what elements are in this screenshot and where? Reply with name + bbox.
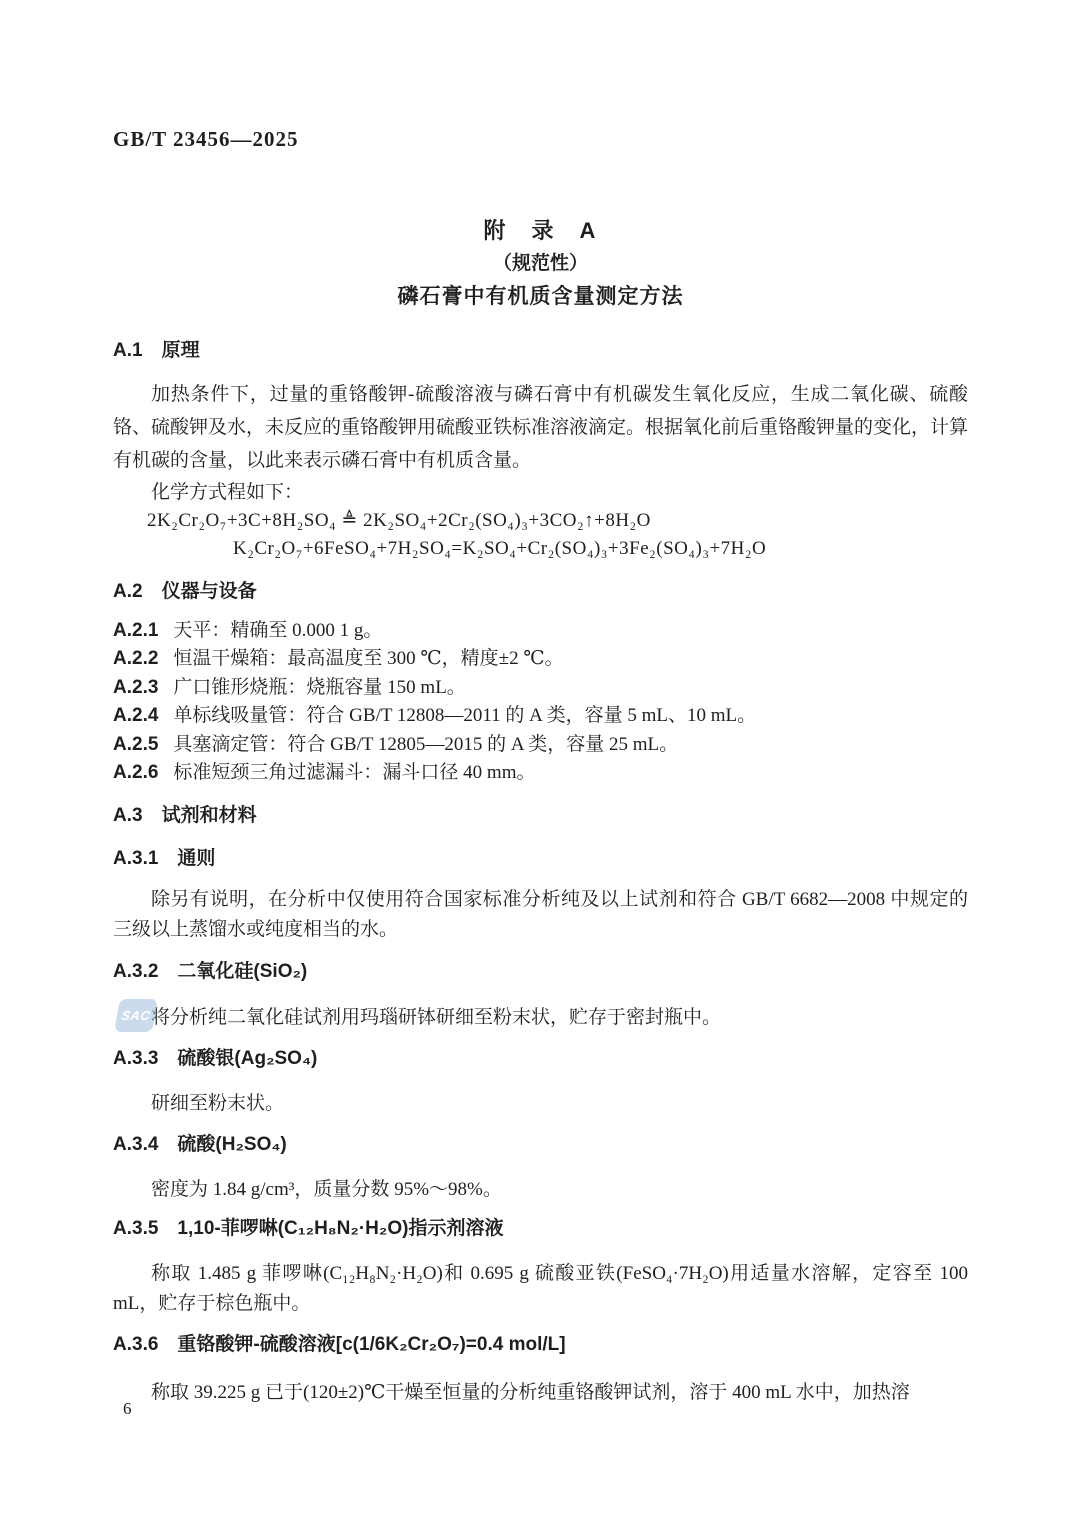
clause-item-a26: A.2.6 标准短颈三角过滤漏斗：漏斗口径 40 mm。 xyxy=(113,759,968,787)
clause-text: 天平：精确至 0.000 1 g。 xyxy=(173,617,382,645)
clause-number: A.2.2 xyxy=(113,645,158,673)
document-page: GB/T 23456—2025 SAC 附 录 A （规范性） 磷石膏中有机质含… xyxy=(0,0,1080,1527)
heading-a35: A.3.5 1,10-菲啰啉(C₁₂H₈N₂·H₂O)指示剂溶液 xyxy=(113,1216,968,1242)
clause-text: 广口锥形烧瓶：烧瓶容量 150 mL。 xyxy=(173,674,465,702)
clause-item-a25: A.2.5 具塞滴定管：符合 GB/T 12805—2015 的 A 类，容量 … xyxy=(113,731,968,759)
clause-item-a24: A.2.4 单标线吸量管：符合 GB/T 12808—2011 的 A 类，容量… xyxy=(113,702,968,730)
clause-number: A.2.3 xyxy=(113,674,158,702)
document-content: 附 录 A （规范性） 磷石膏中有机质含量测定方法 A.1 原理 加热条件下，过… xyxy=(113,0,968,1408)
heading-a3: A.3 试剂和材料 xyxy=(113,803,968,829)
chemical-equation-2: K₂Cr₂O₇+6FeSO₄+7H₂SO₄=K₂SO₄+Cr₂(SO₄)₃+3F… xyxy=(233,535,968,563)
heading-a2: A.2 仪器与设备 xyxy=(113,579,968,605)
clause-number: A.2.1 xyxy=(113,617,158,645)
appendix-title: 磷石膏中有机质含量测定方法 xyxy=(113,282,968,312)
heading-a33: A.3.3 硫酸银(Ag₂SO₄) xyxy=(113,1046,968,1072)
paragraph-a36: 称取 39.225 g 已于(120±2)℃干燥至恒量的分析纯重铬酸钾试剂，溶于… xyxy=(113,1378,968,1408)
heading-a32: A.3.2 二氧化硅(SiO₂) xyxy=(113,959,968,985)
clause-item-a23: A.2.3 广口锥形烧瓶：烧瓶容量 150 mL。 xyxy=(113,674,968,702)
normative-label: （规范性） xyxy=(113,249,968,279)
sac-watermark-logo: SAC xyxy=(114,999,158,1032)
heading-a34: A.3.4 硫酸(H₂SO₄) xyxy=(113,1132,968,1158)
chemical-equation-1: 2K₂Cr₂O₇+3C+8H₂SO₄ ≜ 2K₂SO₄+2Cr₂(SO₄)₃+3… xyxy=(147,507,968,535)
heading-a1: A.1 原理 xyxy=(113,338,968,364)
appendix-label: 附 录 A xyxy=(113,216,968,246)
paragraph-a1: 加热条件下，过量的重铬酸钾-硫酸溶液与磷石膏中有机碳发生氧化反应，生成二氧化碳、… xyxy=(113,378,968,477)
paragraph-a31: 除另有说明，在分析中仅使用符合国家标准分析纯及以上试剂和符合 GB/T 6682… xyxy=(113,885,968,945)
clause-number: A.2.6 xyxy=(113,759,158,787)
clause-text: 恒温干燥箱：最高温度至 300 ℃，精度±2 ℃。 xyxy=(173,645,563,673)
heading-a31: A.3.1 通则 xyxy=(113,846,968,872)
appendix-title-block: 附 录 A （规范性） 磷石膏中有机质含量测定方法 xyxy=(113,216,968,312)
equation-intro: 化学方式程如下： xyxy=(113,479,968,507)
sac-watermark-text: SAC xyxy=(120,1008,152,1023)
paragraph-a34: 密度为 1.84 g/cm³，质量分数 95%～98%。 xyxy=(113,1175,968,1205)
clause-item-a21: A.2.1 天平：精确至 0.000 1 g。 xyxy=(113,617,968,645)
clause-text: 单标线吸量管：符合 GB/T 12808—2011 的 A 类，容量 5 mL、… xyxy=(173,702,756,730)
apparatus-list: A.2.1 天平：精确至 0.000 1 g。 A.2.2 恒温干燥箱：最高温度… xyxy=(113,617,968,787)
heading-a36: A.3.6 重铬酸钾-硫酸溶液[c(1/6K₂Cr₂O₇)=0.4 mol/L] xyxy=(113,1332,968,1358)
clause-number: A.2.4 xyxy=(113,702,158,730)
clause-text: 具塞滴定管：符合 GB/T 12805—2015 的 A 类，容量 25 mL。 xyxy=(173,731,678,759)
page-number: 6 xyxy=(123,1399,132,1419)
paragraph-a35: 称取 1.485 g 菲啰啉(C₁₂H₈N₂·H₂O)和 0.695 g 硫酸亚… xyxy=(113,1259,968,1319)
clause-item-a22: A.2.2 恒温干燥箱：最高温度至 300 ℃，精度±2 ℃。 xyxy=(113,645,968,673)
clause-number: A.2.5 xyxy=(113,731,158,759)
clause-text: 标准短颈三角过滤漏斗：漏斗口径 40 mm。 xyxy=(173,759,535,787)
paragraph-a33: 研细至粉末状。 xyxy=(113,1089,968,1119)
paragraph-a32: 将分析纯二氧化硅试剂用玛瑙研钵研细至粉末状，贮存于密封瓶中。 xyxy=(113,1003,968,1033)
